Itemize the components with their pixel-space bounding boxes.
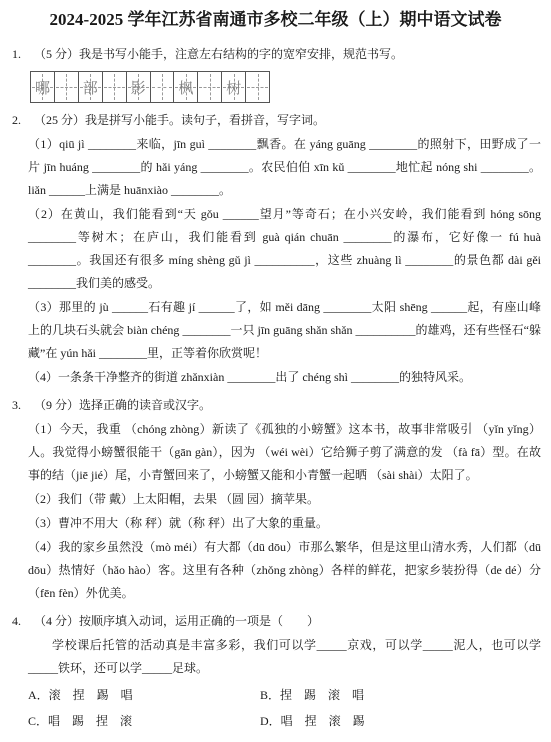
question-3: 3. （9 分）选择正确的读音或汉字。 （1）今天，我重 （chóng zhòn… (10, 394, 541, 605)
trace-character (55, 72, 78, 102)
question-2-body: （1）qiū jì ________来临，jīn guì ________飘香。… (10, 133, 541, 389)
question-1-head: 1. （5 分）我是书写小能手，注意左右结构的字的宽窄安排，规范书写。 (10, 43, 541, 66)
grid-cell (54, 72, 78, 102)
option-a: A．滚 捏 踢 唱 (28, 683, 250, 707)
page-title: 2024-2025 学年江苏省南通市多校二年级（上）期中语文试卷 (10, 6, 541, 38)
q2-part-4: （4）一条条干净整齐的街道 zhǎnxiàn ________出了 chéng … (28, 366, 541, 389)
question-text: （5 分）我是书写小能手，注意左右结构的字的宽窄安排，规范书写。 (34, 43, 541, 66)
question-4-head: 4. （4 分）按顺序填入动词，运用正确的一项是（ ） (10, 610, 541, 633)
question-number: 4. (10, 610, 34, 633)
option-c: C．唱 踢 捏 滚 (28, 709, 250, 733)
question-4: 4. （4 分）按顺序填入动词，运用正确的一项是（ ） 学校课后托管的活动真是丰… (10, 610, 541, 733)
question-number: 3. (10, 394, 34, 417)
trace-character (103, 72, 126, 102)
grid-cell (245, 72, 269, 102)
question-2-head: 2. （25 分）我是拼写小能手。读句子，看拼音，写字词。 (10, 109, 541, 132)
trace-character: 树 (222, 72, 245, 102)
grid-cell: 树 (221, 72, 245, 102)
writing-grid: 哪 部 影 枫 树 (30, 71, 270, 103)
trace-character: 哪 (31, 72, 54, 102)
trace-character (198, 72, 221, 102)
grid-cell: 枫 (173, 72, 197, 102)
grid-cell (102, 72, 126, 102)
grid-cell: 部 (78, 72, 102, 102)
question-number: 2. (10, 109, 34, 132)
q3-part-1: （1）今天，我重 （chóng zhòng）新读了《孤独的小螃蟹》这本书，故事非… (28, 418, 541, 487)
option-d: D．唱 捏 滚 踢 (260, 709, 541, 733)
trace-character (246, 72, 269, 102)
q2-part-2: （2）在黄山，我们能看到“天 gǒu ______望月”等奇石；在小兴安岭，我们… (28, 203, 541, 295)
grid-cell: 影 (126, 72, 150, 102)
question-4-body: 学校课后托管的活动真是丰富多彩，我们可以学_____京戏，可以学_____泥人，… (10, 634, 541, 680)
q4-options: A．滚 捏 踢 唱 B．捏 踢 滚 唱 C．唱 踢 捏 滚 D．唱 捏 滚 踢 (10, 683, 541, 733)
q3-part-2: （2）我们（带 戴）上太阳帽，去果 （圆 园）摘苹果。 (28, 488, 541, 511)
question-text: （9 分）选择正确的读音或汉字。 (34, 394, 541, 417)
q4-passage: 学校课后托管的活动真是丰富多彩，我们可以学_____京戏，可以学_____泥人，… (28, 634, 541, 680)
q3-part-3: （3）曹冲不用大（称 秤）就（称 秤）出了大象的重量。 (28, 512, 541, 535)
question-3-body: （1）今天，我重 （chóng zhòng）新读了《孤独的小螃蟹》这本书，故事非… (10, 418, 541, 605)
option-b: B．捏 踢 滚 唱 (260, 683, 541, 707)
question-1: 1. （5 分）我是书写小能手，注意左右结构的字的宽窄安排，规范书写。 哪 部 … (10, 43, 541, 103)
grid-cell (150, 72, 174, 102)
question-3-head: 3. （9 分）选择正确的读音或汉字。 (10, 394, 541, 417)
exam-paper: 2024-2025 学年江苏省南通市多校二年级（上）期中语文试卷 1. （5 分… (0, 0, 551, 742)
q3-part-4: （4）我的家乡虽然没（mò méi）有大都（dū dōu）市那么繁华，但是这里山… (28, 536, 541, 605)
question-number: 1. (10, 43, 34, 66)
question-text: （25 分）我是拼写小能手。读句子，看拼音，写字词。 (34, 109, 541, 132)
trace-character: 枫 (174, 72, 197, 102)
grid-cell: 哪 (31, 72, 54, 102)
question-1-body: 哪 部 影 枫 树 (10, 71, 541, 103)
q2-part-1: （1）qiū jì ________来临，jīn guì ________飘香。… (28, 133, 541, 202)
trace-character: 影 (127, 72, 150, 102)
question-text: （4 分）按顺序填入动词，运用正确的一项是（ ） (34, 610, 541, 633)
q2-part-3: （3）那里的 jù ______石有趣 jí ______了，如 měi dān… (28, 296, 541, 365)
trace-character (151, 72, 174, 102)
question-2: 2. （25 分）我是拼写小能手。读句子，看拼音，写字词。 （1）qiū jì … (10, 109, 541, 389)
grid-cell (197, 72, 221, 102)
trace-character: 部 (79, 72, 102, 102)
